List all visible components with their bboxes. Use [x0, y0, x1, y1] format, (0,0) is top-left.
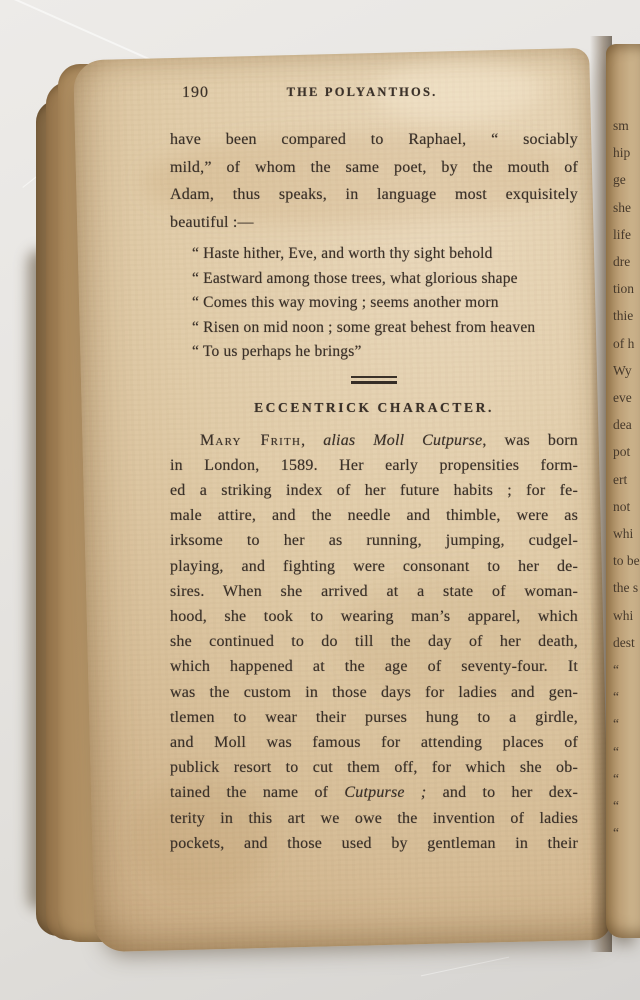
text-segment: mild,” of whom the same poet, by the mou…: [170, 159, 578, 176]
text-line: which happened at the age of seventy-fou…: [170, 654, 578, 679]
text-line: she continued to do till the day of her …: [170, 629, 578, 654]
background-scratch: [421, 957, 509, 977]
text-line: hood, she took to wearing man’s apparel,…: [170, 604, 578, 629]
text-segment: of h: [613, 336, 634, 351]
text-line: “: [613, 819, 640, 846]
text-segment: dre: [613, 254, 630, 269]
text-line: ge: [613, 166, 640, 193]
text-line: “ Eastward among those trees, what glori…: [192, 267, 578, 292]
text-line: playing, and fighting were consonant to …: [170, 554, 578, 579]
text-segment: “: [613, 798, 619, 813]
text-line: was the custom in those days for ladies …: [170, 680, 578, 705]
text-line: “ Haste hither, Eve, and worth thy sight…: [192, 242, 578, 267]
text-line: male attire, and the needle and thimble,…: [170, 503, 578, 528]
text-line: hip: [613, 139, 640, 166]
section-heading: ECCENTRICK CHARACTER.: [170, 400, 578, 416]
text-segment: dea: [613, 417, 632, 432]
small-caps-text: Mary Frith: [200, 432, 301, 449]
text-segment: and Moll was famous for attending places…: [170, 734, 578, 751]
text-segment: terity in this art we owe the invention …: [170, 810, 578, 827]
text-line: “: [613, 656, 640, 683]
text-segment: ge: [613, 172, 626, 187]
text-segment: “ To us perhaps he brings”: [192, 343, 362, 360]
text-segment: male attire, and the needle and thimble,…: [170, 507, 578, 524]
text-segment: playing, and fighting were consonant to …: [170, 558, 578, 575]
text-segment: publick resort to cut them off, for whic…: [170, 759, 578, 776]
text-line: not: [613, 493, 640, 520]
text-line: Wy: [613, 357, 640, 384]
text-line: tlemen to wear their purses hung to a gi…: [170, 705, 578, 730]
text-line: she: [613, 194, 640, 221]
text-segment: ert: [613, 472, 627, 487]
text-line: sires. When she arrived at a state of wo…: [170, 579, 578, 604]
text-line: whi: [613, 602, 640, 629]
text-segment: irksome to her as running, jumping, cudg…: [170, 532, 578, 549]
text-segment: “ Haste hither, Eve, and worth thy sight…: [192, 245, 493, 262]
article-paragraph: Mary Frith, alias Moll Cutpurse, was bor…: [170, 428, 578, 856]
text-segment: ,: [301, 432, 323, 449]
text-line: irksome to her as running, jumping, cudg…: [170, 528, 578, 553]
text-line: life: [613, 221, 640, 248]
text-line: ed a striking index of her future habits…: [170, 478, 578, 503]
text-line: “ Comes this way moving ; seems another …: [192, 291, 578, 316]
page-header: 190 THE POLYANTHOS.: [170, 82, 578, 108]
text-segment: she continued to do till the day of her …: [170, 633, 578, 650]
text-segment: “: [613, 771, 619, 786]
text-line: “: [613, 683, 640, 710]
text-segment: hood, she took to wearing man’s apparel,…: [170, 608, 578, 625]
text-segment: which happened at the age of seventy-fou…: [170, 658, 578, 675]
text-line: Adam, thus speaks, in language most exqu…: [170, 181, 578, 209]
text-segment: was the custom in those days for ladies …: [170, 684, 578, 701]
text-segment: , was born: [482, 432, 578, 449]
text-line: tion: [613, 275, 640, 302]
text-line: mild,” of whom the same poet, by the mou…: [170, 154, 578, 182]
text-segment: pot: [613, 444, 630, 459]
text-line: in London, 1589. Her early propensities …: [170, 453, 578, 478]
text-segment: she: [613, 200, 631, 215]
text-segment: and to her dex-: [426, 784, 578, 801]
text-segment: the s: [613, 580, 638, 595]
text-line: dest: [613, 629, 640, 656]
text-segment: in London, 1589. Her early propensities …: [170, 457, 578, 474]
text-line: thie: [613, 302, 640, 329]
text-segment: whi: [613, 608, 633, 623]
text-segment: sires. When she arrived at a state of wo…: [170, 583, 578, 600]
text-line: and Moll was famous for attending places…: [170, 730, 578, 755]
text-line: of h: [613, 330, 640, 357]
text-line: Mary Frith, alias Moll Cutpurse, was bor…: [170, 428, 578, 453]
book-photograph: smhipgeshelifedretionthieof hWyevedeapot…: [0, 0, 640, 1000]
italic-text: Cutpurse ;: [344, 784, 426, 801]
text-segment: not: [613, 499, 630, 514]
text-line: dre: [613, 248, 640, 275]
text-segment: to be: [613, 553, 640, 568]
text-segment: Adam, thus speaks, in language most exqu…: [170, 186, 578, 203]
text-line: eve: [613, 384, 640, 411]
text-segment: “: [613, 689, 619, 704]
text-segment: “ Eastward among those trees, what glori…: [192, 270, 518, 287]
text-segment: thie: [613, 308, 633, 323]
text-segment: sm: [613, 118, 629, 133]
text-line: ert: [613, 466, 640, 493]
text-line: publick resort to cut them off, for whic…: [170, 755, 578, 780]
text-segment: “ Comes this way moving ; seems another …: [192, 294, 499, 311]
text-line: to be: [613, 547, 640, 574]
text-segment: “: [613, 825, 619, 840]
text-segment: eve: [613, 390, 632, 405]
text-segment: “ Risen on mid noon ; some great behest …: [192, 319, 535, 336]
text-line: whi: [613, 520, 640, 547]
text-segment: Wy: [613, 363, 632, 378]
text-segment: “: [613, 662, 619, 677]
facing-page-text-fragments: smhipgeshelifedretionthieof hWyevedeapot…: [613, 112, 640, 848]
text-line: “: [613, 765, 640, 792]
text-line: tained the name of Cutpurse ; and to her…: [170, 780, 578, 805]
poem-quotation: “ Haste hither, Eve, and worth thy sight…: [170, 242, 578, 365]
text-segment: tion: [613, 281, 634, 296]
text-line: the s: [613, 574, 640, 601]
text-segment: hip: [613, 145, 630, 160]
text-line: “ Risen on mid noon ; some great behest …: [192, 316, 578, 341]
text-segment: whi: [613, 526, 633, 541]
italic-text: alias Moll Cutpurse: [323, 432, 482, 449]
text-line: “: [613, 792, 640, 819]
text-line: sm: [613, 112, 640, 139]
text-segment: life: [613, 227, 631, 242]
text-line: pot: [613, 438, 640, 465]
text-segment: pockets, and those used by gentleman in …: [170, 835, 578, 852]
text-line: have been compared to Raphael, “ sociabl…: [170, 126, 578, 154]
text-line: “: [613, 710, 640, 737]
text-segment: ed a striking index of her future habits…: [170, 482, 578, 499]
text-segment: tained the name of: [170, 784, 344, 801]
printed-text-block: 190 THE POLYANTHOS. have been compared t…: [170, 82, 578, 856]
text-line: “ To us perhaps he brings”: [192, 340, 578, 365]
running-title: THE POLYANTHOS.: [170, 82, 578, 100]
text-segment: have been compared to Raphael, “ sociabl…: [170, 131, 578, 148]
text-segment: dest: [613, 635, 635, 650]
section-divider-rule: [351, 376, 397, 384]
text-segment: tlemen to wear their purses hung to a gi…: [170, 709, 578, 726]
intro-paragraph: have been compared to Raphael, “ sociabl…: [170, 126, 578, 236]
text-line: dea: [613, 411, 640, 438]
text-segment: “: [613, 744, 619, 759]
text-segment: beautiful :—: [170, 214, 254, 231]
page-number: 190: [182, 84, 209, 102]
text-line: “: [613, 738, 640, 765]
text-line: pockets, and those used by gentleman in …: [170, 831, 578, 856]
text-line: beautiful :—: [170, 209, 578, 237]
text-line: terity in this art we owe the invention …: [170, 806, 578, 831]
text-segment: “: [613, 716, 619, 731]
